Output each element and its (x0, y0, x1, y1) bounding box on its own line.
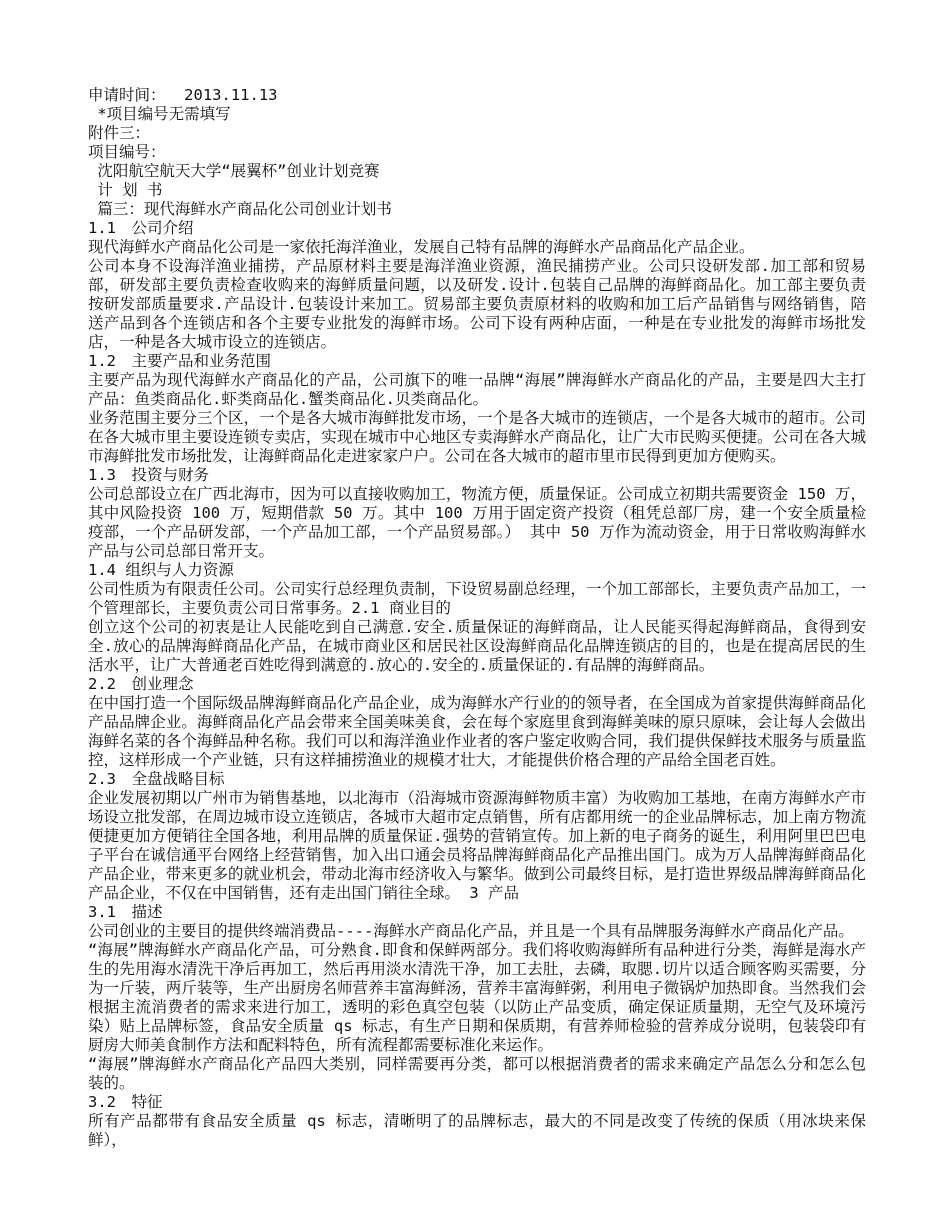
heading-1-1-company-intro: 1.1 公司介绍 (88, 219, 866, 238)
para-company-intro-1: 现代海鲜水产商品化公司是一家依托海洋渔业，发展自己特有品牌的海鲜水产品商品化产品… (88, 238, 866, 257)
para-product-description-1: 公司创业的主要目的提供终端消费品----海鲜水产商品化产品，并且是一个具有品牌服… (88, 922, 866, 941)
document-page: 申请时间： 2013.11.13 *项目编号无需填写 附件三： 项目编号： 沈阳… (88, 86, 866, 1150)
attachment-three-line: 附件三： (88, 124, 866, 143)
heading-3-1-description: 3.1 描述 (88, 903, 866, 922)
para-business-scope: 业务范围主要分三个区，一个是各大城市海鲜批发市场，一个是各大城市的连锁店，一个是… (88, 409, 866, 466)
para-philosophy: 在中国打造一个国际级品牌海鲜商品化产品企业，成为海鲜水产行业的的领导者，在全国成… (88, 694, 866, 770)
heading-3-2-features: 3.2 特征 (88, 1093, 866, 1112)
heading-1-4-organization-hr: 1.4 组织与人力资源 (88, 561, 866, 580)
heading-1-2-products-scope: 1.2 主要产品和业务范围 (88, 352, 866, 371)
para-business-purpose: 创立这个公司的初衷是让人民能吃到自己满意.安全.质量保证的海鲜商品，让人民能买得… (88, 618, 866, 675)
para-features: 所有产品都带有食品安全质量 qs 标志，清晰明了的品牌标志，最大的不同是改变了传… (88, 1112, 866, 1150)
heading-1-3-investment-finance: 1.3 投资与财务 (88, 466, 866, 485)
para-main-products: 主要产品为现代海鲜水产商品化的产品，公司旗下的唯一品牌“海展”牌海鲜水产商品化的… (88, 371, 866, 409)
plan-book-title-line: 计 划 书 (88, 181, 866, 200)
heading-2-2-philosophy: 2.2 创业理念 (88, 675, 866, 694)
para-product-description-2: “海展”牌海鲜水产商品化产品，可分熟食.即食和保鲜两部分。我们将收购海鲜所有品种… (88, 941, 866, 1055)
para-strategy: 企业发展初期以广州市为销售基地，以北海市（沿海城市资源海鲜物质丰富）为收购加工基… (88, 789, 866, 903)
para-product-description-3: “海展”牌海鲜水产商品化产品四大类别，同样需要再分类，都可以根据消费者的需求来确… (88, 1055, 866, 1093)
heading-2-3-strategy-goal: 2.3 全盘战略目标 (88, 770, 866, 789)
competition-title-line: 沈阳航空航天大学“展翼杯”创业计划竞赛 (88, 162, 866, 181)
para-finance: 公司总部设立在广西北海市，因为可以直接收购加工，物流方便，质量保证。公司成立初期… (88, 485, 866, 561)
application-date-line: 申请时间： 2013.11.13 (88, 86, 866, 105)
project-number-line: 项目编号： (88, 143, 866, 162)
project-number-note-line: *项目编号无需填写 (88, 105, 866, 124)
para-organization: 公司性质为有限责任公司。公司实行总经理负责制，下设贸易副总经理，一个加工部部长，… (88, 580, 866, 618)
part-three-title-line: 篇三：现代海鲜水产商品化公司创业计划书 (88, 200, 866, 219)
para-company-intro-2: 公司本身不设海洋渔业捕捞，产品原材料主要是海洋渔业资源，渔民捕捞产业。公司只设研… (88, 257, 866, 352)
